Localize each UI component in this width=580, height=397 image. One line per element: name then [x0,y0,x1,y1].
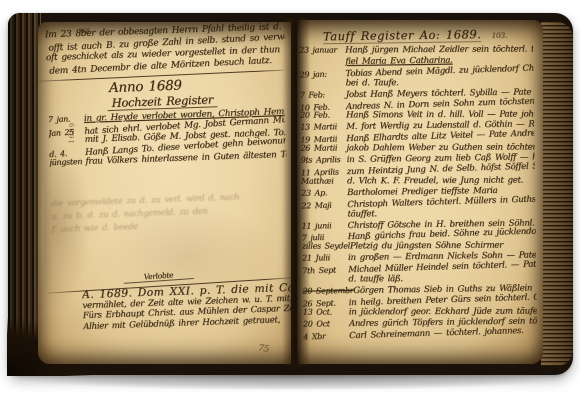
entry-text: Hanß jürgen Michael Zeidler sein töchter… [345,44,533,56]
register-entry: 13 Oct.in jücklendorf geor. Eckhard Jüde… [303,306,537,318]
register-entry: d. tauffe läß. [302,273,536,285]
entry-date: 23 januar [299,45,345,56]
register-entry: 20 Feb.Hanß Simons Veit in d. hill. Voll… [300,110,534,122]
right-page-header: Tauff Register Ao: 1689. 103. [323,26,533,44]
marriage-entries: 7 jan.in gr. Heyde verlobet worden, Chri… [48,107,287,168]
right-page-content: Tauff Register Ao: 1689. 103. 23 januarH… [299,26,537,341]
left-page: 368 Im 23 8ber der obbesagten Herrn Pfah… [38,22,291,364]
entry-text: d. tauffe läß. [348,273,536,285]
register-entry: Matthæid. Vlch K. F. Freudel, wie Jung n… [301,175,535,187]
entry-date: Matthæi [301,176,347,187]
entry-text: d. Vlch K. F. Freudel, wie Jung nicht ge… [347,175,535,187]
register-entry: 26 Martiijakob Dahlem Weber zu Guthen se… [300,143,534,155]
register-entry: täuffet. [301,208,535,220]
entry-date: 20 Oct [303,319,349,331]
entry-date: 7 Feb: [300,90,346,102]
entry-text: Hanß Simons Veit in d. hill. Voll — Pate… [346,110,534,122]
betrothal-note-block: A. 1689. Dom XXI. p. T. die mit Caspar Z… [82,283,291,332]
entry-date: 11 junii [302,220,348,232]
entry-date: 21 Julii [302,253,348,265]
corner-ink-mark: 75 [257,343,269,354]
entry-date: 7 jan. [48,114,84,126]
fore-edge-inscription: 1689 [68,122,77,144]
entry-date: 23 Ap. [301,188,347,200]
entry-date: 20 Feb. [300,111,346,122]
left-page-content: 368 Im 23 8ber der obbesagten Herrn Pfah… [45,22,291,333]
entry-date [302,274,348,285]
register-entry: 23 januarHanß jürgen Michael Zeidler sei… [299,44,533,56]
register-entry: bei d. Taufe. [300,77,534,89]
entry-date: 4 Xbr [303,331,349,343]
hochzeit-register-heading: Hochzeit Register [107,92,217,111]
entry-date [300,78,346,89]
entry-date: Jan 25 [48,127,85,140]
photo-of-open-register-book: 368 Im 23 8ber der obbesagten Herrn Pfah… [0,0,580,397]
baptism-entries: 23 januarHanß jürgen Michael Zeidler sei… [299,43,537,341]
entry-date: 9ts Aprilis [301,155,347,167]
entry-text: täuffet. [347,208,535,220]
entry-text: jakob Dahlem Weber zu Guthen sein töchte… [346,143,534,155]
entry-date: 13 Oct. [303,307,349,318]
right-page-block-edge [541,22,573,366]
entry-date [299,57,345,69]
entry-date: 26 Martii [300,144,346,155]
entry-date: 20 Septembr [302,286,353,298]
page-number: 103. [491,31,507,40]
entry-date: zilles Seydel [302,242,350,253]
register-entry: zilles SeydelPletzig du jüngsten Söhne S… [302,241,536,253]
entry-text: Pletzig du jüngsten Söhne Schirmer [350,241,536,253]
folio-mark: 368 [79,28,90,35]
tauff-register-heading: Tauff Register Ao: 1689. [323,27,482,44]
entry-date [301,209,347,220]
entry-text: in jücklendorf geor. Eckhard Jüde zum tä… [349,306,537,318]
entry-text: bei d. Taufe. [346,77,534,89]
right-page: Tauff Register Ao: 1689. 103. 23 januarH… [297,20,543,364]
faded-showthrough-text: die vorgemeldete zu d. zu verl. wird d. … [51,190,289,237]
entry-date: 13 Martii [300,122,346,134]
entry-date: d. 4. [49,148,86,161]
